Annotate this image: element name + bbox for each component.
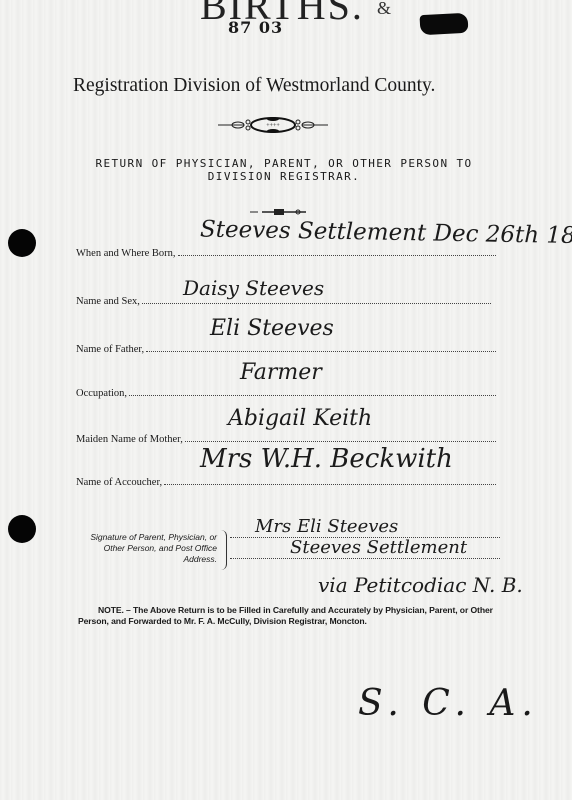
dotted-line [142, 302, 491, 304]
dotted-line [185, 440, 496, 442]
punch-hole [8, 229, 36, 257]
field-label: Name of Father, [76, 344, 144, 355]
dotted-line [129, 394, 496, 396]
svg-text:++++: ++++ [266, 123, 280, 129]
ornament-divider-icon: ++++ [218, 116, 328, 134]
dotted-line [178, 254, 496, 256]
note-text: NOTE. – The Above Return is to be Filled… [78, 605, 518, 627]
field-label: Name of Accoucher, [76, 477, 162, 488]
punch-hole [8, 515, 36, 543]
handwritten-father-name: Eli Steeves [210, 316, 334, 341]
redaction-mark [420, 13, 469, 35]
address-dotted-line [230, 558, 500, 559]
handwritten-child-name: Daisy Steeves [183, 276, 324, 300]
field-label: Maiden Name of Mother, [76, 434, 183, 445]
handwritten-mother-maiden-name: Abigail Keith [228, 406, 372, 431]
field-label: Name and Sex, [76, 296, 140, 307]
document-page: BIRTHS. & 87 03 Registration Division of… [0, 0, 572, 800]
handwritten-occupation: Farmer [240, 360, 322, 385]
dotted-line [164, 483, 496, 485]
dotted-line [146, 350, 496, 352]
field-label: Occupation, [76, 388, 127, 399]
handwritten-signature: Mrs Eli Steeves [255, 516, 398, 537]
births-mark: & [377, 0, 391, 19]
division-title: Registration Division of Westmorland Cou… [73, 75, 435, 97]
small-divider-icon [250, 208, 306, 216]
field-label: When and Where Born, [76, 248, 176, 259]
handwritten-address-line-2: via Petitcodiac N. B. [318, 573, 523, 597]
handwritten-accoucher-name: Mrs W.H. Beckwith [200, 444, 453, 474]
return-heading: RETURN OF PHYSICIAN, PARENT, OR OTHER PE… [74, 157, 494, 183]
signature-label: Signature of Parent, Physician, or Other… [77, 532, 217, 565]
brace-bracket [218, 530, 227, 570]
registration-number: 87 03 [228, 18, 283, 37]
handwritten-address-line-1: Steeves Settlement [290, 537, 467, 558]
handwritten-initials: S. C. A. [358, 683, 539, 724]
